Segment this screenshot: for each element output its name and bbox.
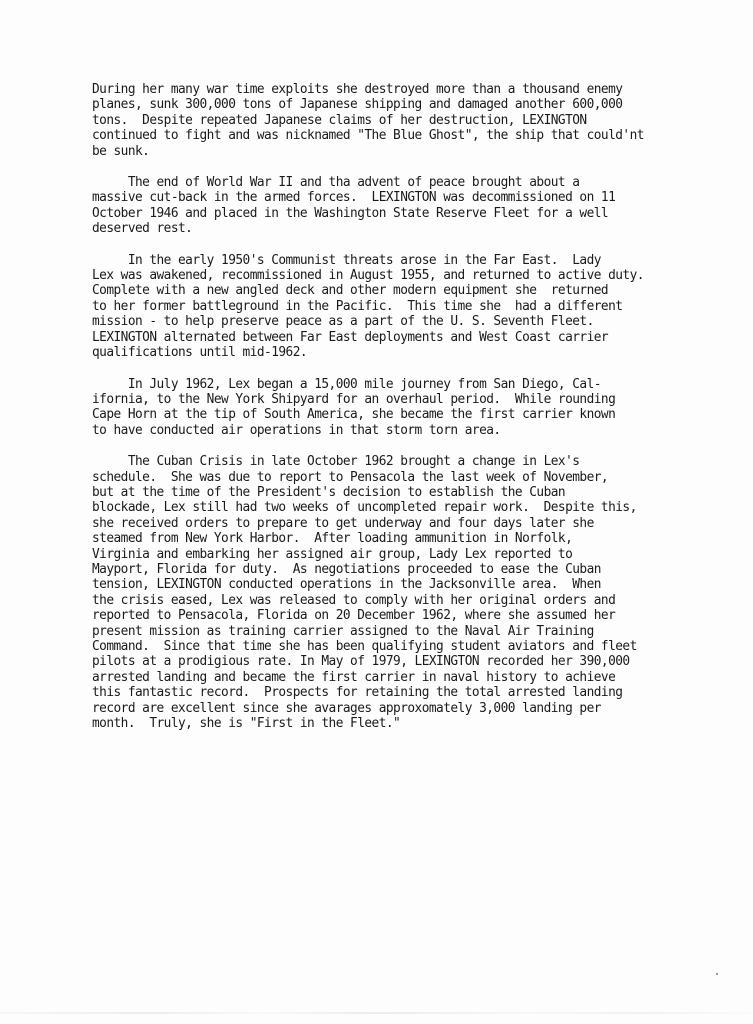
text-line: steamed from New York Harbor. After load… xyxy=(92,531,693,546)
text-line: blockade, Lex still had two weeks of unc… xyxy=(92,500,693,515)
text-line: In July 1962, Lex began a 15,000 mile jo… xyxy=(92,377,693,392)
document-body: During her many war time exploits she de… xyxy=(92,82,693,747)
text-line: this fantastic record. Prospects for ret… xyxy=(92,685,693,700)
document-page: During her many war time exploits she de… xyxy=(0,0,753,1024)
text-line: qualifications until mid-1962. xyxy=(92,345,693,360)
text-line: reported to Pensacola, Florida on 20 Dec… xyxy=(92,608,693,623)
text-line: Complete with a new angled deck and othe… xyxy=(92,283,693,298)
text-line: The end of World War II and tha advent o… xyxy=(92,175,693,190)
text-line: massive cut-back in the armed forces. LE… xyxy=(92,190,693,205)
text-line: to her former battleground in the Pacifi… xyxy=(92,299,693,314)
text-line: continued to fight and was nicknamed "Th… xyxy=(92,128,693,143)
text-line: October 1946 and placed in the Washingto… xyxy=(92,206,693,221)
text-line: tension, LEXINGTON conducted operations … xyxy=(92,577,693,592)
text-line: month. Truly, she is "First in the Fleet… xyxy=(92,716,693,731)
text-line: Cape Horn at the tip of South America, s… xyxy=(92,407,693,422)
paragraph: In the early 1950's Communist threats ar… xyxy=(92,253,693,361)
text-line: the crisis eased, Lex was released to co… xyxy=(92,593,693,608)
text-line: Lex was awakened, recommissioned in Augu… xyxy=(92,268,693,283)
paragraph: The Cuban Crisis in late October 1962 br… xyxy=(92,454,693,731)
text-line: LEXINGTON alternated between Far East de… xyxy=(92,330,693,345)
text-line: pilots at a prodigious rate. In May of 1… xyxy=(92,654,693,669)
text-line: ifornia, to the New York Shipyard for an… xyxy=(92,392,693,407)
text-line: arrested landing and became the first ca… xyxy=(92,670,693,685)
text-line: The Cuban Crisis in late October 1962 br… xyxy=(92,454,693,469)
text-line: to have conducted air operations in that… xyxy=(92,423,693,438)
paragraph: The end of World War II and tha advent o… xyxy=(92,175,693,237)
scan-speck xyxy=(716,973,718,975)
text-line: but at the time of the President's decis… xyxy=(92,485,693,500)
text-line: present mission as training carrier assi… xyxy=(92,624,693,639)
text-line: During her many war time exploits she de… xyxy=(92,82,693,97)
text-line: planes, sunk 300,000 tons of Japanese sh… xyxy=(92,97,693,112)
scan-edge-artifact xyxy=(0,1012,753,1014)
text-line: mission - to help preserve peace as a pa… xyxy=(92,314,693,329)
text-line: tons. Despite repeated Japanese claims o… xyxy=(92,113,693,128)
text-line: Virginia and embarking her assigned air … xyxy=(92,547,693,562)
text-line: be sunk. xyxy=(92,144,693,159)
text-line: record are excellent since she avarages … xyxy=(92,701,693,716)
text-line: Mayport, Florida for duty. As negotiatio… xyxy=(92,562,693,577)
text-line: she received orders to prepare to get un… xyxy=(92,516,693,531)
text-line: schedule. She was due to report to Pensa… xyxy=(92,470,693,485)
text-line: In the early 1950's Communist threats ar… xyxy=(92,253,693,268)
text-line: deserved rest. xyxy=(92,221,693,236)
paragraph: During her many war time exploits she de… xyxy=(92,82,693,159)
paragraph: In July 1962, Lex began a 15,000 mile jo… xyxy=(92,377,693,439)
text-line: Command. Since that time she has been qu… xyxy=(92,639,693,654)
